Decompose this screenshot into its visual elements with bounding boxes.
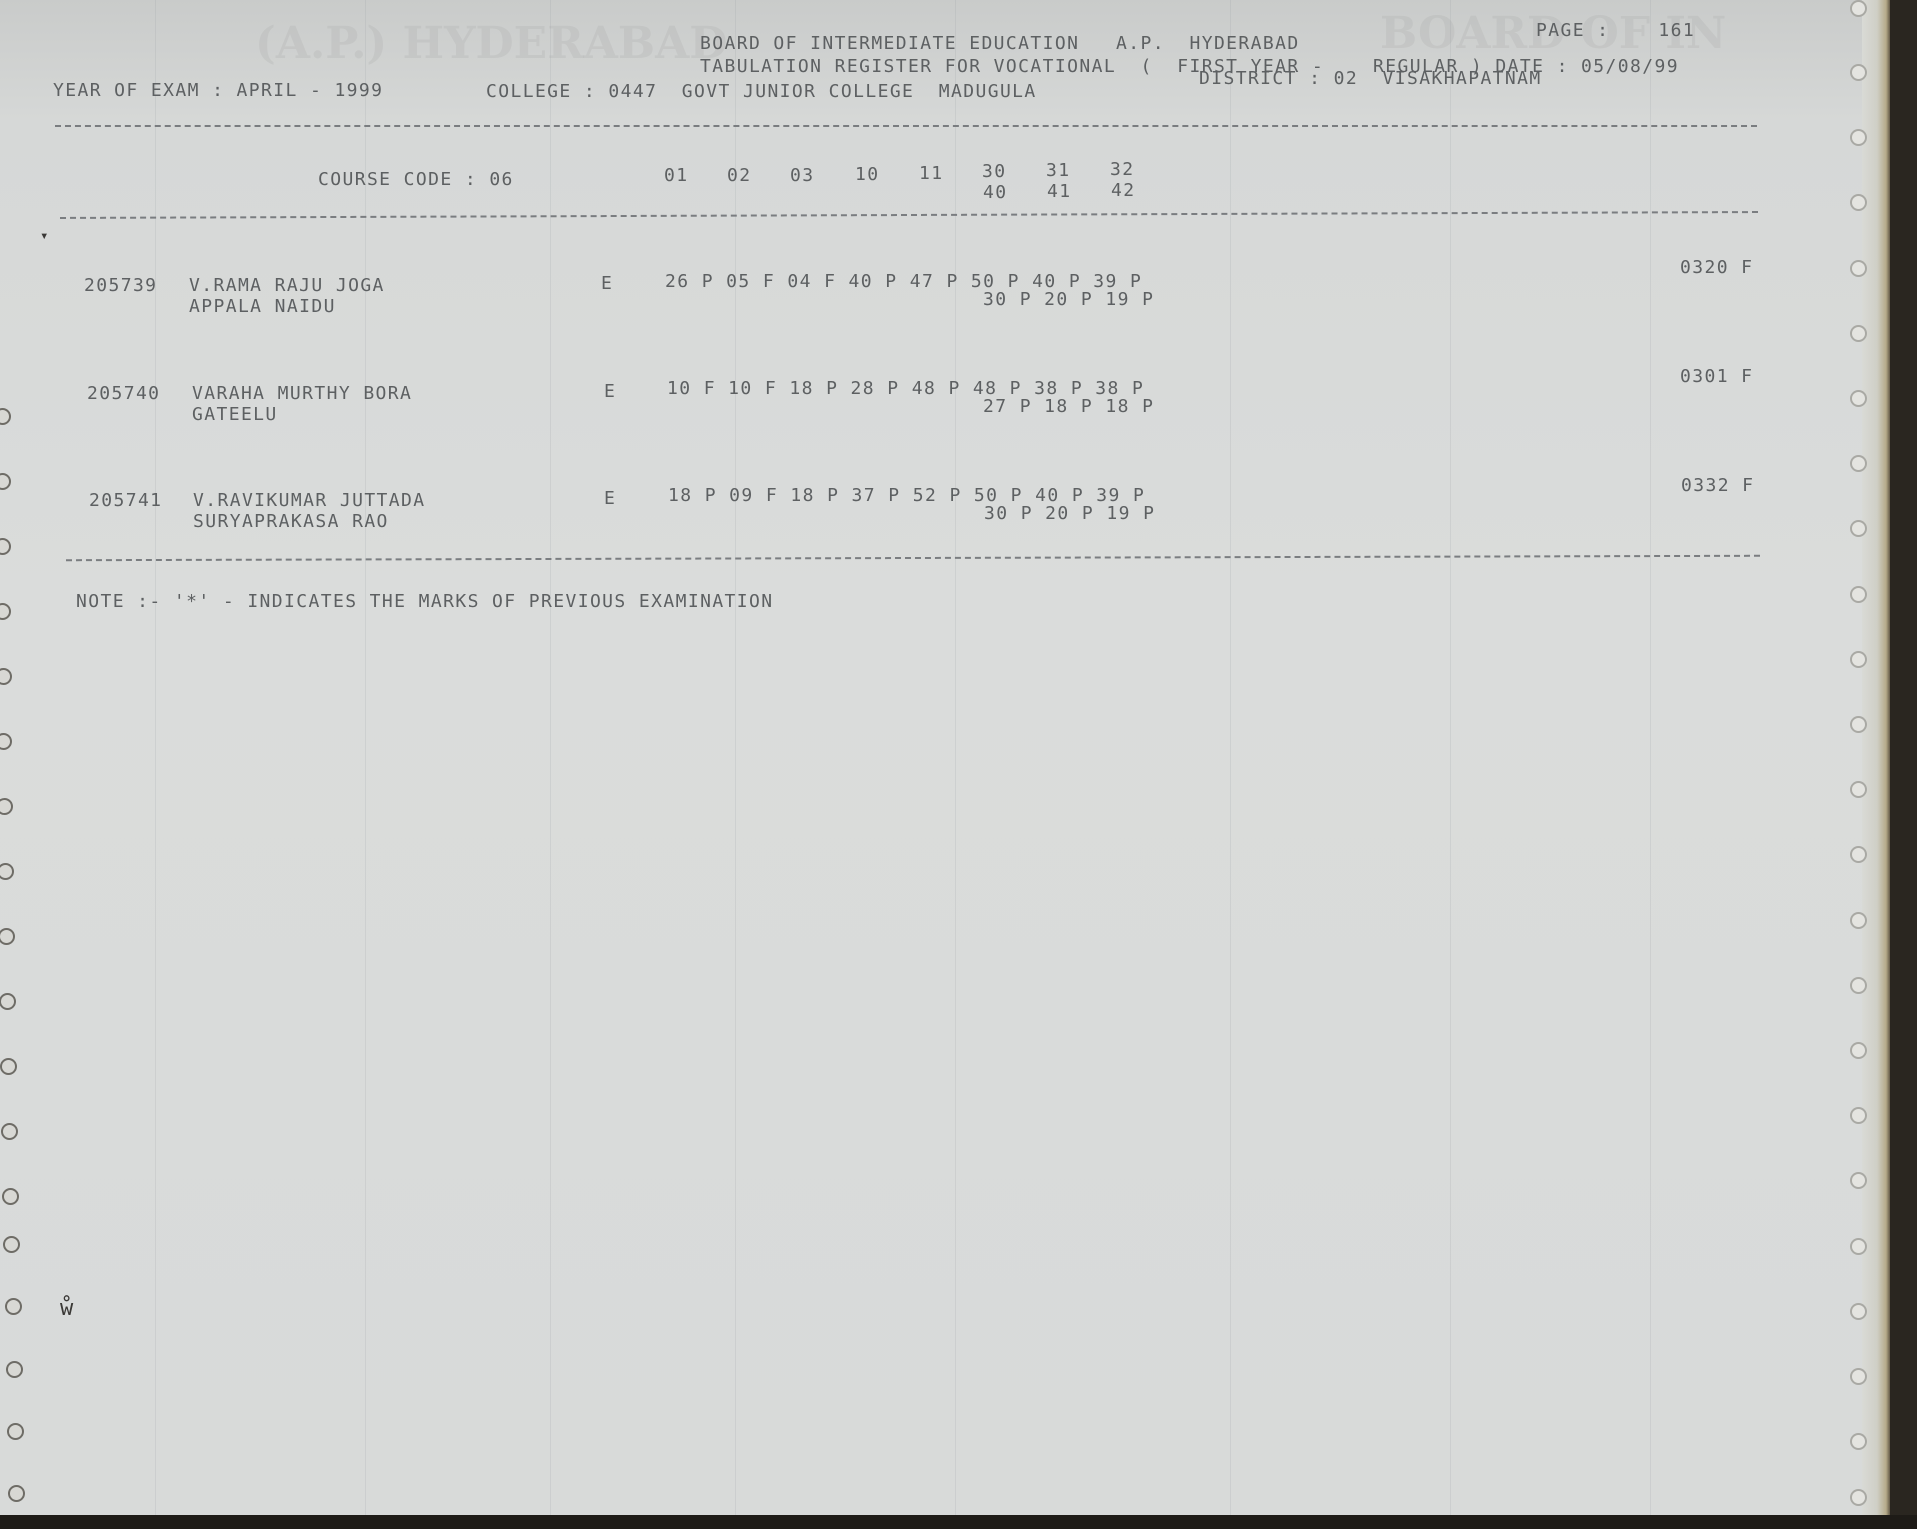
paper-edge — [1862, 0, 1892, 1529]
ruling-line — [550, 0, 551, 1515]
tractor-feed-hole — [1850, 716, 1867, 733]
subject-code: 10 — [855, 164, 879, 185]
header-divider — [55, 125, 1757, 127]
tractor-feed-hole — [8, 1485, 25, 1502]
tractor-feed-hole — [1850, 977, 1867, 994]
subject-code: 02 — [727, 165, 751, 186]
tractor-feed-hole — [5, 1298, 22, 1315]
subject-code: 03 — [790, 165, 814, 186]
ruling-line — [735, 0, 736, 1515]
tractor-feed-hole — [1850, 194, 1867, 211]
subject-code: 40 — [983, 182, 1007, 203]
medium: E — [604, 381, 616, 402]
hall-ticket-number: 205739 — [84, 275, 157, 296]
district-info: DISTRICT : 02 VISAKHAPATNAM — [1199, 68, 1542, 89]
tractor-feed-hole — [1, 1123, 18, 1140]
tractor-feed-hole — [3, 1236, 20, 1253]
tractor-feed-hole — [6, 1361, 23, 1378]
ruling-line — [1650, 0, 1651, 1515]
marks-line-2: 27 P 18 P 18 P — [983, 396, 1154, 417]
subject-code: 41 — [1047, 181, 1071, 202]
tractor-feed-hole — [1850, 129, 1867, 146]
background — [0, 1515, 1917, 1529]
year-of-exam: YEAR OF EXAM : APRIL - 1999 — [53, 80, 383, 101]
bleed-through-text: (A.P.) HYDERABAD — [255, 18, 727, 69]
tractor-feed-hole — [1850, 390, 1867, 407]
tractor-feed-hole — [1850, 1238, 1867, 1255]
background — [1890, 0, 1917, 1529]
student-name: V.RAMA RAJU JOGA — [189, 275, 385, 296]
tractor-feed-hole — [1850, 1433, 1867, 1450]
tractor-feed-hole — [1850, 0, 1867, 17]
stray-ink-mark: ▾ — [40, 228, 48, 244]
tractor-feed-hole — [1850, 520, 1867, 537]
tractor-feed-hole — [1850, 781, 1867, 798]
ruling-line — [365, 0, 366, 1515]
student-name: VARAHA MURTHY BORA — [192, 383, 412, 404]
tractor-feed-hole — [7, 1423, 24, 1440]
student-name: V.RAVIKUMAR JUTTADA — [193, 490, 426, 511]
tractor-feed-hole — [1850, 586, 1867, 603]
medium: E — [601, 273, 613, 294]
tractor-feed-hole — [1850, 455, 1867, 472]
stray-ink-mark: ẘ — [60, 1296, 73, 1321]
subject-code: 32 — [1110, 159, 1134, 180]
tractor-feed-hole — [1850, 846, 1867, 863]
tractor-feed-hole — [1850, 1489, 1867, 1506]
total-result: 0301 F — [1680, 366, 1753, 387]
tractor-feed-hole — [1850, 64, 1867, 81]
ruling-line — [1450, 0, 1451, 1515]
tractor-feed-hole — [1850, 1303, 1867, 1320]
tractor-feed-hole — [1850, 1172, 1867, 1189]
hall-ticket-number: 205740 — [87, 383, 160, 404]
subject-code: 11 — [919, 163, 943, 184]
marks-line-2: 30 P 20 P 19 P — [984, 503, 1155, 524]
tractor-feed-hole — [0, 1058, 17, 1075]
footnote: NOTE :- '*' - INDICATES THE MARKS OF PRE… — [76, 591, 774, 612]
subject-code: 30 — [982, 161, 1006, 182]
student-name-continued: SURYAPRAKASA RAO — [193, 511, 389, 532]
medium: E — [604, 488, 616, 509]
ruling-line — [1230, 0, 1231, 1515]
subject-code: 31 — [1046, 160, 1070, 181]
course-code: COURSE CODE : 06 — [318, 169, 514, 190]
ruling-line — [955, 0, 956, 1515]
tractor-feed-hole — [1850, 912, 1867, 929]
tractor-feed-hole — [1850, 325, 1867, 342]
total-result: 0320 F — [1680, 257, 1753, 278]
hall-ticket-number: 205741 — [89, 490, 162, 511]
student-name-continued: GATEELU — [192, 404, 278, 425]
marks-line-2: 30 P 20 P 19 P — [983, 289, 1154, 310]
board-title: BOARD OF INTERMEDIATE EDUCATION A.P. HYD… — [700, 33, 1300, 54]
college-info: COLLEGE : 0447 GOVT JUNIOR COLLEGE MADUG… — [486, 81, 1037, 102]
student-name-continued: APPALA NAIDU — [189, 296, 336, 317]
tractor-feed-hole — [1850, 260, 1867, 277]
subject-code: 01 — [664, 165, 688, 186]
ruling-line — [155, 0, 156, 1515]
tractor-feed-hole — [1850, 1107, 1867, 1124]
page-number: PAGE : 161 — [1536, 20, 1695, 41]
tabulation-register-sheet — [0, 0, 1890, 1515]
tractor-feed-hole — [1850, 651, 1867, 668]
tractor-feed-hole — [2, 1188, 19, 1205]
tractor-feed-hole — [1850, 1042, 1867, 1059]
subject-code: 42 — [1111, 180, 1135, 201]
tractor-feed-hole — [1850, 1368, 1867, 1385]
total-result: 0332 F — [1681, 475, 1754, 496]
